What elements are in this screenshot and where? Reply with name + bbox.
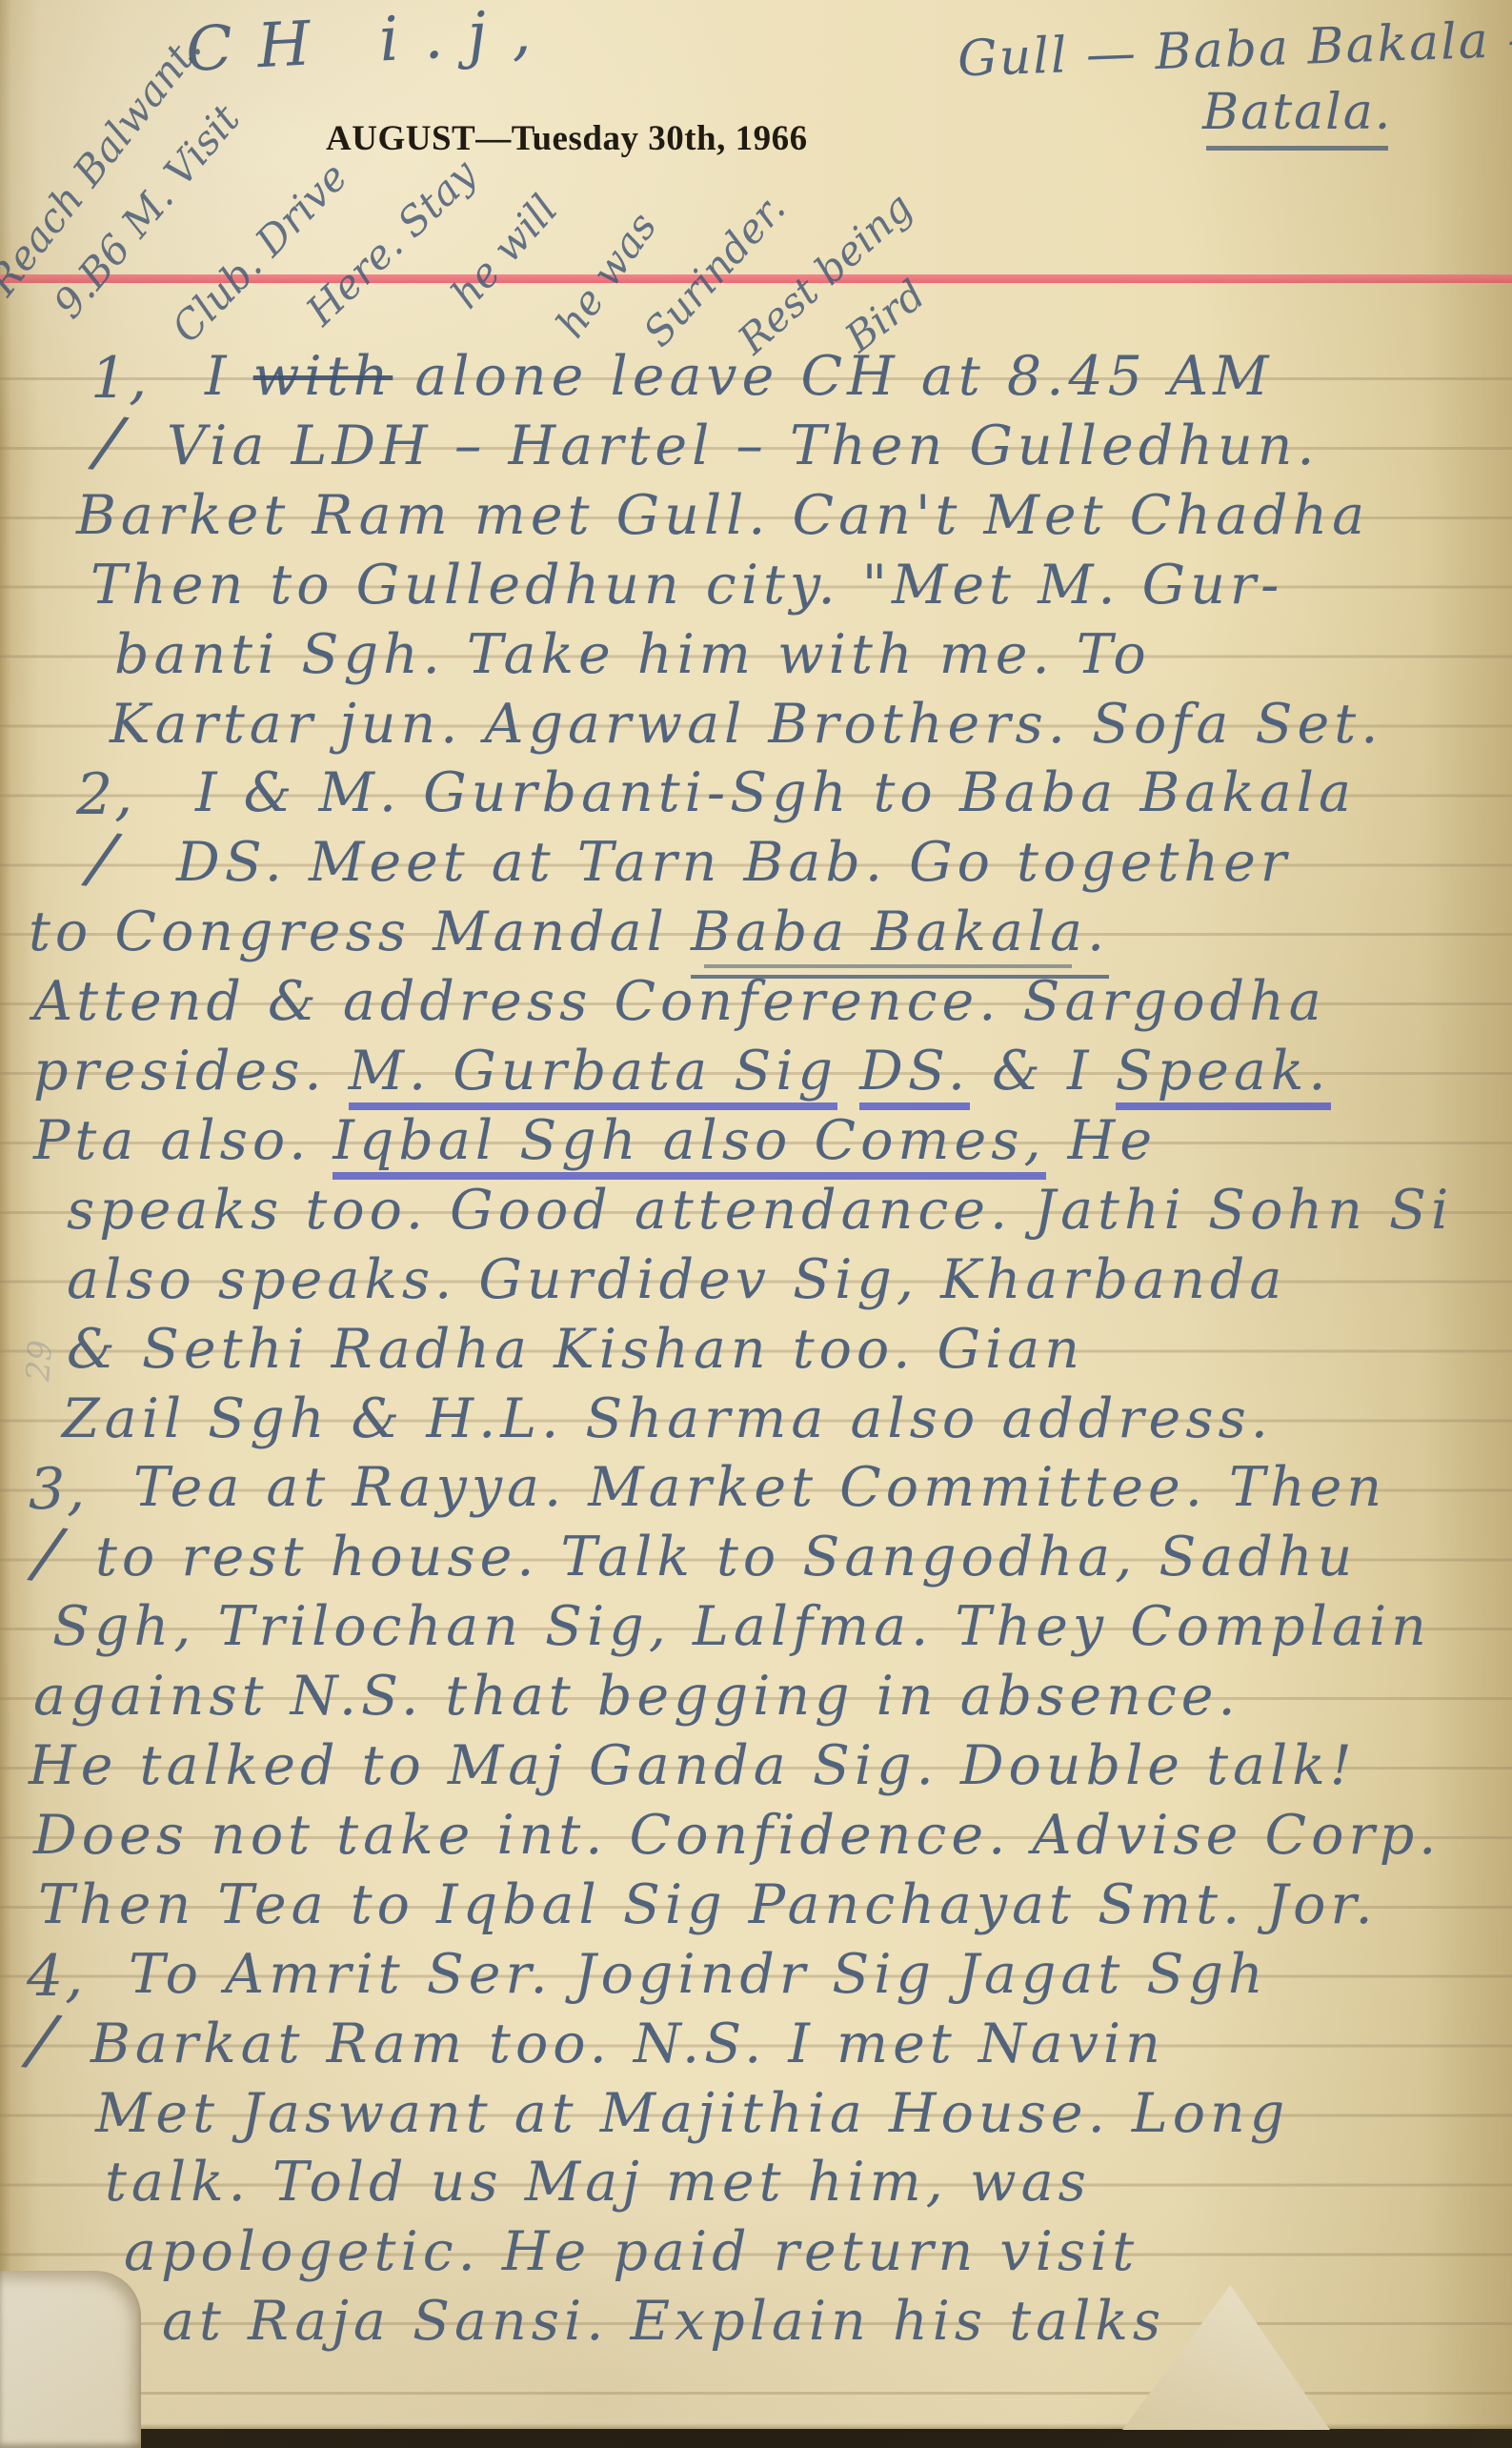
diary-text-marked: Iqbal Sgh also Comes, — [333, 1109, 1045, 1180]
diary-text: I — [205, 345, 253, 408]
diary-line: talk. Told us Maj met him, was — [105, 2151, 1091, 2214]
diary-line: Then Tea to Iqbal Sig Panchayat Smt. Jor… — [38, 1873, 1378, 1936]
top-note-destination: Batala. — [1202, 84, 1392, 151]
diary-line: DS. Meet at Tarn Bab. Go together — [176, 831, 1291, 894]
diary-text: To Amrit Ser. Jogindr Sig Jagat Sgh — [129, 1943, 1268, 2006]
diary-line: Then to Gulledhun city. "Met M. Gur- — [91, 554, 1283, 617]
diary-text: against N.S. that begging in absence. — [33, 1665, 1240, 1728]
diary-line: Barkat Ram too. N.S. I met Navin — [91, 2013, 1165, 2075]
diary-text-marked: with — [253, 345, 393, 408]
diary-text: alone leave CH at 8.45 AM — [393, 345, 1273, 408]
diary-text: & Sethi Radha Kishan too. Gian — [67, 1318, 1084, 1381]
diary-text: speaks too. Good attendance. Jathi Sohn … — [67, 1179, 1453, 1242]
diary-text: Barkat Ram too. N.S. I met Navin — [91, 2013, 1165, 2075]
diary-line: Via LDH – Hartel – Then Gulledhun. — [167, 415, 1320, 477]
diary-line: I with alone leave CH at 8.45 AM — [205, 345, 1274, 408]
underlying-page-corner — [0, 2271, 141, 2448]
diary-line: also speaks. Gurdidev Sig, Kharbanda — [67, 1248, 1286, 1311]
top-note-ch: CH i.j, — [184, 0, 556, 86]
diary-text: at Raja Sansi. Explain his talks — [162, 2290, 1165, 2353]
diary-text: He talked to Maj Ganda Sig. Double talk! — [29, 1734, 1357, 1797]
entry-number-tail: / — [91, 400, 126, 483]
diary-line: at Raja Sansi. Explain his talks — [162, 2290, 1165, 2353]
diary-page: AUGUST—Tuesday 30th, 1966 CH i.j, Gull —… — [0, 0, 1512, 2448]
diary-text-marked: Baba Bakala. — [691, 900, 1109, 979]
diary-text: DS. Meet at Tarn Bab. Go together — [176, 831, 1291, 894]
diary-line: banti Sgh. Take him with me. To — [114, 623, 1151, 686]
diary-text-marked: DS. — [859, 1040, 970, 1110]
diary-text: Zail Sgh & H.L. Sharma also address. — [62, 1387, 1273, 1450]
scan-background-strip — [0, 2429, 1512, 2448]
diary-text: apologetic. He paid return visit — [124, 2220, 1139, 2283]
diary-line: Does not take int. Confidence. Advise Co… — [33, 1804, 1441, 1867]
diary-text: I & M. Gurbanti-Sgh to Baba Bakala — [195, 761, 1356, 824]
diary-line: apologetic. He paid return visit — [124, 2220, 1139, 2283]
diary-text-marked: M. Gurbata Sig — [349, 1040, 837, 1110]
printed-date-header: AUGUST—Tuesday 30th, 1966 — [326, 118, 808, 159]
diary-line: Barket Ram met Gull. Can't Met Chadha — [76, 484, 1369, 547]
entry-number-tail: / — [25, 1997, 59, 2080]
diary-line: Kartar jun. Agarwal Brothers. Sofa Set. — [110, 693, 1382, 756]
diary-line: against N.S. that begging in absence. — [33, 1665, 1240, 1728]
diary-text: & I — [970, 1040, 1116, 1103]
diary-text: talk. Told us Maj met him, was — [105, 2151, 1091, 2214]
diary-text — [837, 1040, 859, 1103]
diary-line: to rest house. Talk to Sangodha, Sadhu — [95, 1526, 1357, 1588]
diary-line: presides. M. Gurbata Sig DS. & I Speak. — [33, 1040, 1331, 1103]
diary-text: Sgh, Trilochan Sig, Lalfma. They Complai… — [52, 1595, 1431, 1658]
diary-text: to rest house. Talk to Sangodha, Sadhu — [95, 1526, 1357, 1588]
diary-line: Tea at Rayya. Market Committee. Then — [133, 1456, 1386, 1519]
diary-line: To Amrit Ser. Jogindr Sig Jagat Sgh — [129, 1943, 1268, 2006]
diary-text: to Congress Mandal — [29, 900, 691, 963]
page-number-bleedthrough: 29 — [19, 1339, 60, 1383]
diary-text: Then Tea to Iqbal Sig Panchayat Smt. Jor… — [38, 1873, 1378, 1936]
diary-line: Zail Sgh & H.L. Sharma also address. — [62, 1387, 1273, 1450]
diary-text: Attend & address Conference. Sargodha — [33, 970, 1326, 1033]
diary-line: Pta also. Iqbal Sgh also Comes, He — [33, 1109, 1157, 1172]
diary-text: Then to Gulledhun city. "Met M. Gur- — [91, 554, 1283, 617]
diary-text-marked: Speak. — [1116, 1040, 1331, 1110]
diary-text: Met Jaswant at Majithia House. Long — [95, 2082, 1289, 2145]
diary-text: Does not take int. Confidence. Advise Co… — [33, 1804, 1441, 1867]
diary-line: Met Jaswant at Majithia House. Long — [95, 2082, 1289, 2145]
diary-line: Attend & address Conference. Sargodha — [33, 970, 1326, 1033]
entry-number-tail: / — [85, 817, 119, 900]
diary-text: Pta also. — [33, 1109, 333, 1172]
diary-line: Sgh, Trilochan Sig, Lalfma. They Complai… — [52, 1595, 1431, 1658]
diary-text: presides. — [33, 1040, 349, 1103]
diary-line: He talked to Maj Ganda Sig. Double talk! — [29, 1734, 1357, 1797]
diary-text: also speaks. Gurdidev Sig, Kharbanda — [67, 1248, 1286, 1311]
diary-text: banti Sgh. Take him with me. To — [114, 623, 1151, 686]
diary-text: Barket Ram met Gull. Can't Met Chadha — [76, 484, 1369, 547]
diary-line: speaks too. Good attendance. Jathi Sohn … — [67, 1179, 1453, 1242]
diary-line: to Congress Mandal Baba Bakala. — [29, 900, 1109, 963]
diary-text: Via LDH – Hartel – Then Gulledhun. — [167, 415, 1320, 477]
diary-text: Tea at Rayya. Market Committee. Then — [133, 1456, 1386, 1519]
diary-text: He — [1046, 1109, 1158, 1172]
diary-text: Kartar jun. Agarwal Brothers. Sofa Set. — [110, 693, 1382, 756]
entry-number-tail: / — [30, 1511, 65, 1594]
top-note-route: Gull — Baba Bakala — At — [957, 8, 1512, 89]
diary-line: I & M. Gurbanti-Sgh to Baba Bakala — [195, 761, 1356, 824]
diary-line: & Sethi Radha Kishan too. Gian — [67, 1318, 1084, 1381]
